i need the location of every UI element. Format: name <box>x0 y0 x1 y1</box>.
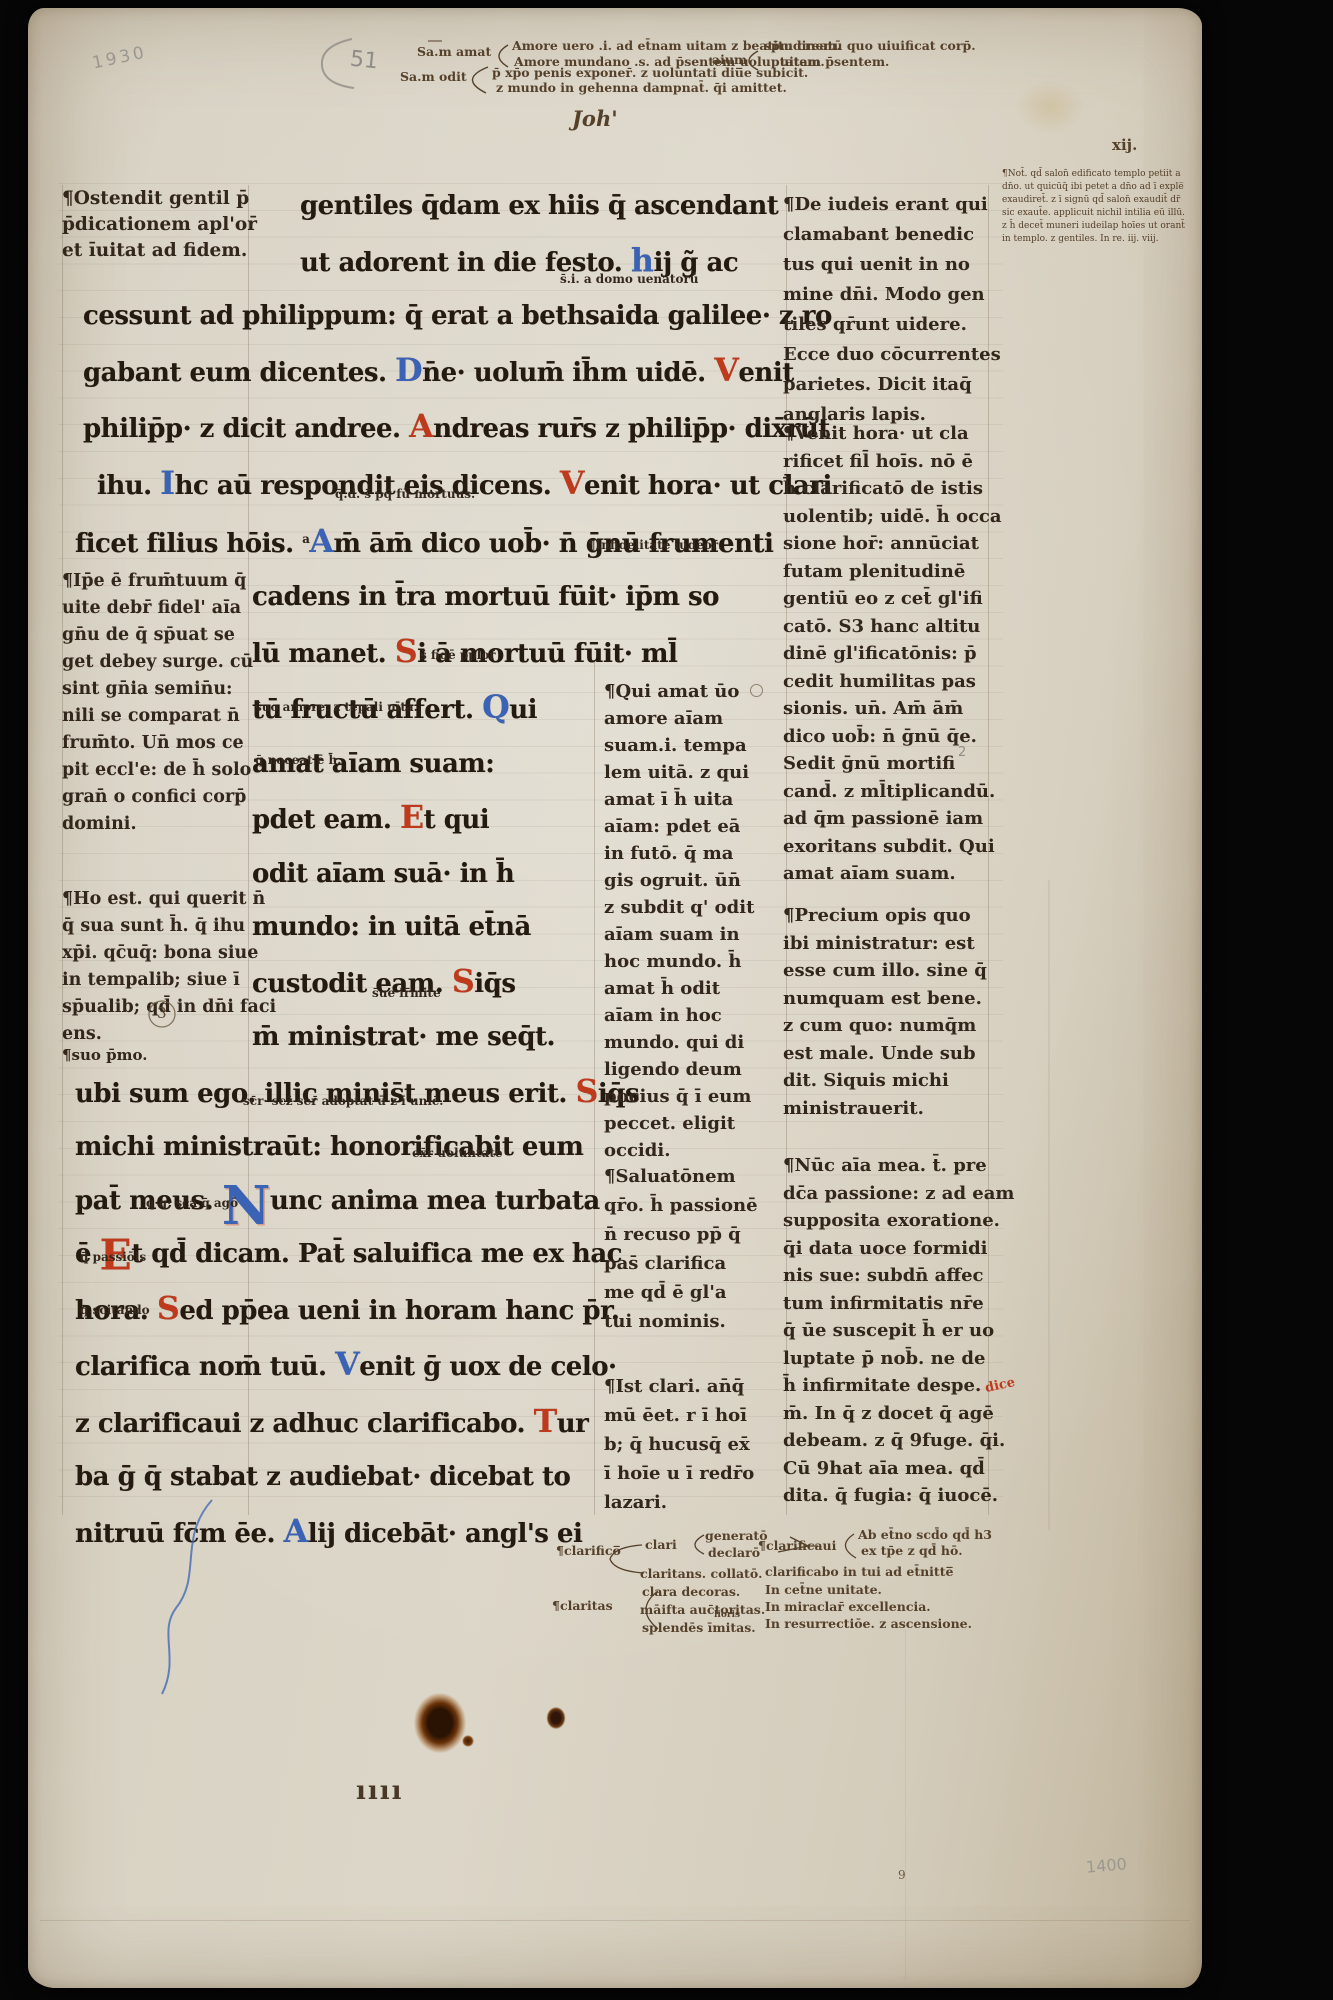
gloss-right-4: ¶Nūc aīa mea. t̄. predc̄a passione: z ad… <box>783 1152 1014 1510</box>
text-line: ¶Not̄. qd̄ salon̄ edificato templo petii… <box>1002 168 1185 181</box>
interlinear: s̄uo amore. z tēpali uīta. <box>255 700 418 714</box>
text-seg: A <box>284 1513 308 1550</box>
minim-marks: ıııı <box>356 1776 404 1806</box>
text-line: me qd̄ ē gl'a <box>604 1278 758 1307</box>
pencil-mark-bottom: 1400 <box>1085 1854 1127 1876</box>
text-line: dico uob̄: n̄ ḡnū q̄e. <box>783 723 1002 751</box>
text-line: pas̄ clarifica <box>604 1249 758 1278</box>
interlinear: s̄ue ir̄mite <box>372 986 441 1000</box>
text-line: ¶Saluatōnem <box>604 1162 758 1191</box>
text-line: ligendo deum <box>604 1056 754 1083</box>
text-line: luptate p̄ nob̄. ne de <box>783 1345 1014 1373</box>
interlinear: q̄ scitando <box>80 1303 150 1317</box>
text-line: amat aı̄am suam. <box>783 860 1002 888</box>
text-line: ibi ministratur: est <box>783 930 987 958</box>
text-line: h̄ infirmitate despe. <box>783 1372 1014 1400</box>
interlinear: ¶Infidelitate iudeor̄. <box>588 538 722 552</box>
text-line: gis ogruit. ūn̄ <box>604 867 754 894</box>
interlinear: q̄.d. s̄ p̄q̄ fū mortuus. <box>335 487 475 501</box>
text-seg: ur <box>557 1409 589 1439</box>
text-line: ī hoīe u ī redr̄o <box>604 1459 754 1488</box>
text-seg: ui <box>509 695 537 725</box>
text-seg: gabant eum dicentes. <box>83 358 395 388</box>
text-line: amat ī h̄ uita <box>604 786 754 813</box>
text-line: amat h̄ odit <box>604 975 754 1002</box>
text-line: aı̄am suam in <box>604 921 754 948</box>
ink-stain-dot <box>462 1735 474 1747</box>
text-line: ¶Qui amat ūo <box>604 678 754 705</box>
text-seg: V <box>335 1346 359 1383</box>
text-seg: ed pp̄ea ueni in horam hanc p̄r. <box>179 1296 619 1326</box>
text-seg: cessunt ad philippum: q̄ erat a bethsaid… <box>83 301 832 331</box>
text-line: Sedit ḡnū mortifi <box>783 750 1002 778</box>
text-seg: odit aı̄am suā· in h̄ <box>252 859 514 889</box>
text-seg: enit ḡ uox de celo· <box>359 1352 616 1382</box>
margin-note-far-right: ¶Not̄. qd̄ salon̄ edificato templo petii… <box>1002 168 1185 246</box>
text-line: tui nominis. <box>604 1307 758 1336</box>
schema-braces <box>390 35 1010 105</box>
gloss-middle-1: ¶Qui amat ūoamore aı̄amsuam.i. tempalem … <box>604 678 754 1164</box>
text-line: debeam. z q̄ 9fuge. q̄i. <box>783 1427 1014 1455</box>
text-seg: pdet eam. <box>252 805 400 835</box>
pencil-mark-2: 2 <box>958 745 966 760</box>
circle-mark <box>750 684 763 697</box>
text-seg: z clarificaui z adhuc clarificabo. <box>75 1409 534 1439</box>
quire-mark: xij. <box>1112 136 1137 154</box>
text-line: rificet fil̄ hoīs. nō ē <box>783 448 1002 476</box>
text-line: mū ēet. r ī hoī <box>604 1401 754 1430</box>
text-line: h̄ clarificatō de istis <box>783 475 1002 503</box>
text-line: gentiū eo z cet̄ gl'ifi <box>783 585 1002 613</box>
gloss-middle-3: ¶Ist clari. an̄q̄mū ēet. r ī hoīb; q̄ hu… <box>604 1372 754 1517</box>
running-title: Joh' <box>572 106 618 131</box>
text-line: uolentib; uidē. h̄ occa <box>783 503 1002 531</box>
text-line: cessunt ad philippum: q̄ erat a bethsaid… <box>75 290 835 344</box>
text-line: gentiles q̄dam ex hiis q̄ ascendant <box>75 180 835 234</box>
text-line: Ecce duo cōcurrentes <box>783 340 1001 370</box>
text-line: z cum quo: numq̄m <box>783 1012 987 1040</box>
text-line: parietes. Dicit itaq̄ <box>783 370 1001 400</box>
text-line: ad q̄m passionē iam <box>783 805 1002 833</box>
gloss-right-1: ¶De iudeis erant quiclamabant benedictus… <box>783 190 1001 430</box>
text-line: in templo. z gentiles. In re. iij. viij. <box>1002 233 1185 246</box>
text-seg: mundo: in uitā et̄nā <box>252 912 531 942</box>
text-seg: ficet filius hōis. <box>75 529 302 559</box>
text-line: q̄ ūe suscepit h̄ er uo <box>783 1317 1014 1345</box>
text-line: cand̄. z ml̄tiplicandū. <box>783 778 1002 806</box>
text-seg: n̄e· uolum̄ ih̄m uidē. <box>422 358 714 388</box>
text-line: sionis. un̄. Am̄ ām̄ <box>783 695 1002 723</box>
text-seg: D <box>395 352 422 389</box>
stain-faint <box>1015 80 1085 135</box>
text-seg: S <box>157 1290 179 1327</box>
text-seg: S <box>452 963 474 1000</box>
text-line: tus qui uenit in no <box>783 250 1001 280</box>
parchment-crease <box>905 1630 906 1980</box>
text-line: pocius q̄ ī eum <box>604 1083 754 1110</box>
text-line: aı̄am: pdet eā <box>604 813 754 840</box>
parchment-crease <box>1048 880 1050 1530</box>
text-line: Cū 9hat aīa mea. qd̄ <box>783 1455 1014 1483</box>
ruling-line <box>62 185 63 1515</box>
text-line: ministrauerit. <box>783 1095 987 1123</box>
text-line: sic exaut̄e. applicuit nichil intilia eū… <box>1002 207 1185 220</box>
text-seg: V <box>560 465 584 502</box>
text-line: n̄ recuso pp̄ q̄ <box>604 1220 758 1249</box>
text-seg: michi ministraūt: honorificabit eum <box>75 1132 583 1162</box>
small-9-mark: 9 <box>898 1868 906 1882</box>
text-seg: t qui <box>424 805 490 835</box>
text-line: dita. q̄ fugia: q̄ iuocē. <box>783 1482 1014 1510</box>
text-seg: S <box>395 633 417 670</box>
text-seg: V <box>714 352 738 389</box>
text-line: nis sue: subdn̄ affec <box>783 1262 1014 1290</box>
text-line: occidi. <box>604 1137 754 1164</box>
text-line: dc̄a passione: z ad eam <box>783 1180 1014 1208</box>
text-seg: T <box>534 1403 557 1440</box>
text-line: exoritans subdit. Qui <box>783 833 1002 861</box>
text-seg: A <box>309 523 333 560</box>
text-line: supposita exoratione. <box>783 1207 1014 1235</box>
text-seg: E <box>400 799 424 836</box>
text-line: z h̄ decet̄ muneri iudeilap hoīes ut ora… <box>1002 220 1185 233</box>
text-line: est male. Unde sub <box>783 1040 987 1068</box>
text-line: amore aı̄am <box>604 705 754 732</box>
text-line: philip̄p· z dicit andree. Andreas rur̄s … <box>75 400 835 457</box>
text-line: dn̄o. ut quicūq̄ ibi petet a dn̄o ad ī e… <box>1002 181 1185 194</box>
text-line: ¶Ist clari. an̄q̄ <box>604 1372 754 1401</box>
text-line: exaudiret̄. z ī signū qd̄ salon̄ exaudit… <box>1002 194 1185 207</box>
gloss-right-3: ¶Precium opis quoibi ministratur: estess… <box>783 902 987 1122</box>
text-seg: cadens in t̄ra mortuū fūit· ip̄m so <box>252 582 719 612</box>
text-line: lem uitā. z qui <box>604 759 754 786</box>
interlinear: ex̄r uoluntate <box>412 1146 503 1160</box>
text-seg: Q <box>482 689 509 726</box>
text-seg: ndreas rur̄s z philip̄p· dix̄rūt <box>433 414 830 444</box>
text-line: suam.i. tempa <box>604 732 754 759</box>
interlinear: sc̄r· scz̄ ser̄ adoptat ū z ī unic̄. <box>243 1094 443 1108</box>
text-line: futam plenitudinē <box>783 558 1002 586</box>
text-seg: lū manet. <box>252 639 395 669</box>
text-line: m̄. In q̄ z docet q̄ agē <box>783 1400 1014 1428</box>
interlinear: q̄ noceat ē h̄. <box>255 753 341 767</box>
text-line: cedit humilitas pas <box>783 668 1002 696</box>
text-line: ¶Nūc aīa mea. t̄. pre <box>783 1152 1014 1180</box>
text-line: aı̄am in hoc <box>604 1002 754 1029</box>
text-line: ¶De iudeis erant qui <box>783 190 1001 220</box>
gloss-middle-2: ¶Saluatōnemqr̄o. h̄ passionēn̄ recuso pp… <box>604 1162 758 1336</box>
text-line: tiles qr̄unt uidere. <box>783 310 1001 340</box>
text-seg: t qd̄ dicam. Pat̄ saluifica me ex hac <box>131 1239 622 1269</box>
photo-background: 1930 51 Joh' xij. Sa.m amat Amore uero .… <box>0 0 1333 2000</box>
text-seg: philip̄p· z dicit andree. <box>83 414 409 444</box>
text-line: cadens in t̄ra mortuū fūit· ip̄m so <box>75 571 835 625</box>
text-seg: gentiles q̄dam ex hiis q̄ ascendant <box>300 191 778 221</box>
text-line: b; q̄ hucusq̄ ex̄ <box>604 1430 754 1459</box>
text-seg: clarifica nom̄ tuū. <box>75 1352 335 1382</box>
text-line: ¶Venit hora· ut cla <box>783 420 1002 448</box>
text-line: z subdit q' odit <box>604 894 754 921</box>
blue-flourish <box>148 1498 238 1698</box>
text-seg: ihu. <box>97 471 160 501</box>
text-line: tum infirmitatis nr̄e <box>783 1290 1014 1318</box>
text-line: hoc mundo. h̄ <box>604 948 754 975</box>
text-line: gabant eum dicentes. Dn̄e· uolum̄ ih̄m u… <box>75 344 835 401</box>
text-seg: ba ḡ q̄ stabat z audiebat· dicebat to <box>75 1462 570 1492</box>
text-line: lazari. <box>604 1488 754 1517</box>
interlinear: s̄ fidē pp̄lor̄ <box>420 648 496 662</box>
text-line: esse cum illo. sine q̄ <box>783 957 987 985</box>
text-line: clamabant benedic <box>783 220 1001 250</box>
interlinear: q̄ passiōis <box>80 1250 146 1264</box>
folio-number-text: 51 <box>349 47 379 75</box>
gloss-right-2: ¶Venit hora· ut clarificet fil̄ hoīs. nō… <box>783 420 1002 888</box>
text-seg: S <box>575 1073 597 1110</box>
text-seg: A <box>409 408 433 445</box>
text-line: qr̄o. h̄ passionē <box>604 1191 758 1220</box>
text-line: ut adorent in die festo. hij g̃ ac <box>75 234 835 291</box>
parchment-crease <box>40 1920 1190 1921</box>
text-line: mine dn̄i. Modo gen <box>783 280 1001 310</box>
text-seg: m̄ ministrat· me seq̄t. <box>252 1022 555 1052</box>
text-line: dinē gl'ificatōnis: p̄ <box>783 640 1002 668</box>
text-line: in futō. q̄ ma <box>604 840 754 867</box>
text-line: ¶Precium opis quo <box>783 902 987 930</box>
text-line: q̄i data uoce formidi <box>783 1235 1014 1263</box>
text-line: dit. Siquis michi <box>783 1067 987 1095</box>
text-line: numquam est bene. <box>783 985 987 1013</box>
ink-stain-small <box>544 1704 568 1732</box>
text-seg: I <box>160 465 174 502</box>
schema-braces <box>540 1525 1020 1640</box>
text-line: ihu. Ihc aū respondit eis dicens. Venit … <box>75 457 835 514</box>
text-line: catō. S3 hanc altitu <box>783 613 1002 641</box>
interlinear: q·q· sc̄a q̄ agō <box>146 1196 238 1210</box>
text-line: sione hor̄: annūciat <box>783 530 1002 558</box>
text-seg: unc anima mea turbata <box>270 1186 600 1216</box>
text-line: peccet. eligit <box>604 1110 754 1137</box>
text-line: mundo. qui di <box>604 1029 754 1056</box>
text-seg: iq̄s <box>474 969 515 999</box>
interlinear: s̄.i. a domo uenatorū <box>560 272 699 286</box>
